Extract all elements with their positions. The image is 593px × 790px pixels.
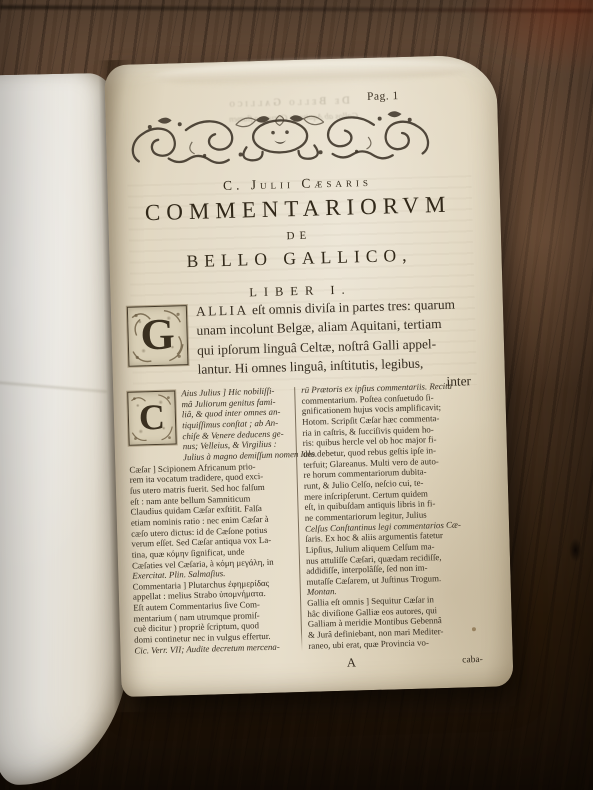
page-curl-highlight [151, 56, 473, 89]
page-number: Pag. 1 [367, 90, 399, 103]
main-title: COMMENTARIORVM [122, 191, 475, 227]
table-plank-seam [0, 5, 593, 13]
title-block: C. Julii Cæsaris COMMENTARIORVM DE BELLO… [121, 171, 476, 304]
commentary-left-column: C Aius Julius ] Hic nobiliſſi-mâ Julioru… [127, 385, 296, 656]
commentary-columns: C Aius Julius ] Hic nobiliſſi-mâ Julioru… [127, 380, 488, 656]
headpiece-ornament [127, 105, 432, 169]
woodcut-initial-C: C [127, 390, 176, 445]
wood-knot [569, 538, 582, 562]
right-column-lines: rū Prætoris ex ipſius commentariis. Reci… [301, 380, 488, 651]
commentary-right-column: rū Prætoris ex ipſius commentariis. Reci… [301, 380, 488, 651]
subtitle: BELLO GALLICO, [123, 243, 475, 274]
paper-crease [0, 381, 107, 392]
photo-of-open-book: De Bello Gallico Gallos ab Aquitanis Gar… [0, 0, 593, 790]
signature-mark: A [347, 655, 357, 670]
woodcut-initial-G: G [127, 305, 189, 367]
dropcap-letter: C [138, 397, 165, 438]
catchword: caba- [417, 655, 483, 667]
printed-page: De Bello Gallico Gallos ab Aquitanis Gar… [104, 54, 513, 697]
first-word-smallcaps: ALLIA [196, 302, 249, 318]
dropcap-letter: G [140, 309, 176, 359]
